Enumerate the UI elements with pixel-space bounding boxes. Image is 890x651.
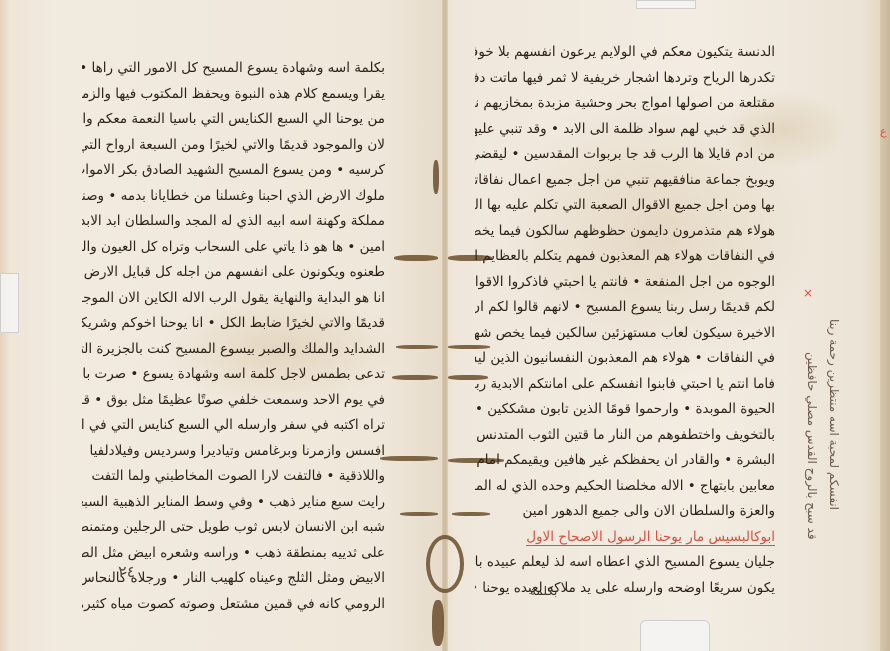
text-line: بكلمة اسه وشهادة يسوع المسيح كل الامور ا…: [82, 56, 385, 82]
text-line: ٧طعنوه ويكونون على انفسهم من اجله كل قبا…: [82, 260, 385, 286]
text-line: ٢٠فاما انتم يا احبتي فابنوا انفسكم على ا…: [475, 372, 775, 398]
text-line: ١٣مقتلعة من اصولها امواج بحر وحشية مزبدة…: [475, 91, 775, 117]
text-line: والعزة والسلطان الان والى جميع الدهور ام…: [475, 499, 775, 525]
text-line: تراه اكتبه في سفر وارسله الي السبع كنايس…: [82, 413, 385, 439]
text-line: ٢٥معابين بابتهاج • الاله مخلصنا الحكيم و…: [475, 474, 775, 500]
text-line: ١٧الوجوه من اجل المنفعة • فانتم يا احبتي…: [475, 270, 775, 296]
text-line: ١جليان يسوع المسيح الذي اعطاه اسه لذ ليع…: [475, 550, 775, 576]
text-line: في النفاقات هولاء هم المعذبون فمهم يتكلم…: [475, 244, 775, 270]
worm-hole: [432, 600, 444, 646]
manuscript-spread: بكلمة اسه وشهادة يسوع المسيح كل الامور ا…: [0, 0, 890, 651]
worm-hole: [433, 160, 439, 194]
text-line: ٢١الحيوة الموبدة • وارحموا قومًا الذين ت…: [475, 397, 775, 423]
worm-hole: [426, 535, 464, 593]
text-line: ٨انا هو البداية والنهاية يقول الرب الاله…: [82, 286, 385, 312]
page-edge: [880, 0, 890, 651]
text-line: ١٣رايت سبع مناير ذهب • وفي وسط المناير ا…: [82, 490, 385, 516]
text-line: الدنسة يتكيون معكم في الولايم يرعون انفس…: [475, 40, 775, 66]
text-line: الاخيرة سيكون لعاب مستهزئين سالكين فيما …: [475, 321, 775, 347]
text-line: ١٠تدعى بطمس لاجل كلمة اسه وشهادة يسوع • …: [82, 362, 385, 388]
binding-tab: [0, 273, 19, 333]
worm-hole: [394, 255, 438, 261]
text-line: ١٢واللاذقية • فالتفت لارا الصوت المخاطبن…: [82, 464, 385, 490]
folio-number: ٢٤: [118, 562, 135, 581]
worm-hole: [400, 512, 438, 516]
insertion-mark: ×: [803, 286, 813, 300]
text-line: بها ومن اجل جميع الاقوال الصعبة التي تكل…: [475, 193, 775, 219]
text-line: ١١في يوم الاحد وسمعت خلفي صوتًا عظيمًا م…: [82, 388, 385, 414]
text-line: كرسيه • ومن يسوع المسيح الشهيد الصادق بك…: [82, 158, 385, 184]
text-line: الرومي كانه في قمين مشتعل وصوته كصوت ميا…: [82, 592, 385, 618]
rubric-heading: ابوكالبسيس مار يوحنا الرسول الاصحاح الاو…: [475, 525, 775, 551]
left-page-text: بكلمة اسه وشهادة يسوع المسيح كل الامور ا…: [82, 56, 385, 617]
worm-hole: [392, 375, 438, 380]
text-line: شبه ابن الانسان لابس ثوب طويل حتى الرجلي…: [82, 515, 385, 541]
margin-note-line: قد سبح بالروح القدس مصلي حافظين: [804, 300, 820, 540]
text-line: ١٥من ادم قايلا ها الرب قد جا بربوات المق…: [475, 142, 775, 168]
text-line: امين • ها هو ذا ياتي على السحاب وتراه كل…: [82, 235, 385, 261]
margin-note-line: انفسكم لمحبة اسه منتظرين رحمة ربنا: [826, 270, 842, 510]
text-line: ٤لان والموجود قديمًا والاتي لخيرًا ومن ا…: [82, 133, 385, 159]
text-line: ويوبخ جماعة منافقيهم تنبي من اجل جميع اع…: [475, 168, 775, 194]
text-line: ١٨لكم قديمًا رسل ربنا يسوع المسيح • لانه…: [475, 295, 775, 321]
binding-tab: [636, 0, 696, 9]
binding-tab: [640, 620, 710, 651]
text-line: من يوحنا الي السبع الكنايس التي باسيا ال…: [82, 107, 385, 133]
text-line: ١٩في النفاقات • هولاء هم المعذبون النفسا…: [475, 346, 775, 372]
text-line: ١٤الذي قد خبي لهم سواد ظلمة الى الابد • …: [475, 117, 775, 143]
text-line: تكدرها الرياح وتردها اشجار خريفية لا ثمر…: [475, 66, 775, 92]
margin-mark: ع: [880, 125, 887, 138]
text-line: الشدايد والملك والصبر بيسوع المسيح كنت ب…: [82, 337, 385, 363]
text-line: ٥ملوك الارض الذي احبنا وغسلنا من خطايانا…: [82, 184, 385, 210]
text-line: ١٦هولاء هم متذمرون دايمون حظوظهم سالكون …: [475, 219, 775, 245]
text-line: افسس وازمرنا وبرغامس وتياديرا وسرديس وفي…: [82, 439, 385, 465]
text-line: ٩قديمًا والاتي لخيرًا ضابط الكل • انا يو…: [82, 311, 385, 337]
worm-hole: [396, 345, 438, 349]
text-line: ٢٢ ٢٣بالتخويف واختطفوهم من النار ما قتين…: [475, 423, 775, 449]
text-line: ٦مملكة وكهنة اسه ابيه الذي له المجد والس…: [82, 209, 385, 235]
right-page-text: الدنسة يتكيون معكم في الولايم يرعون انفس…: [475, 40, 775, 601]
text-line: ٣يقرا ويسمع كلام هذه النبوة ويحفظ المكتو…: [82, 82, 385, 108]
text-line: ٢يكون سريعًا اوضحه وارسله على يد ملاكه ل…: [475, 576, 775, 602]
catchword: بكلمة: [530, 584, 557, 598]
worm-hole: [380, 456, 438, 461]
text-line: ٢٤البشرة • والقادر ان يحفظكم غير هافين و…: [475, 448, 775, 474]
